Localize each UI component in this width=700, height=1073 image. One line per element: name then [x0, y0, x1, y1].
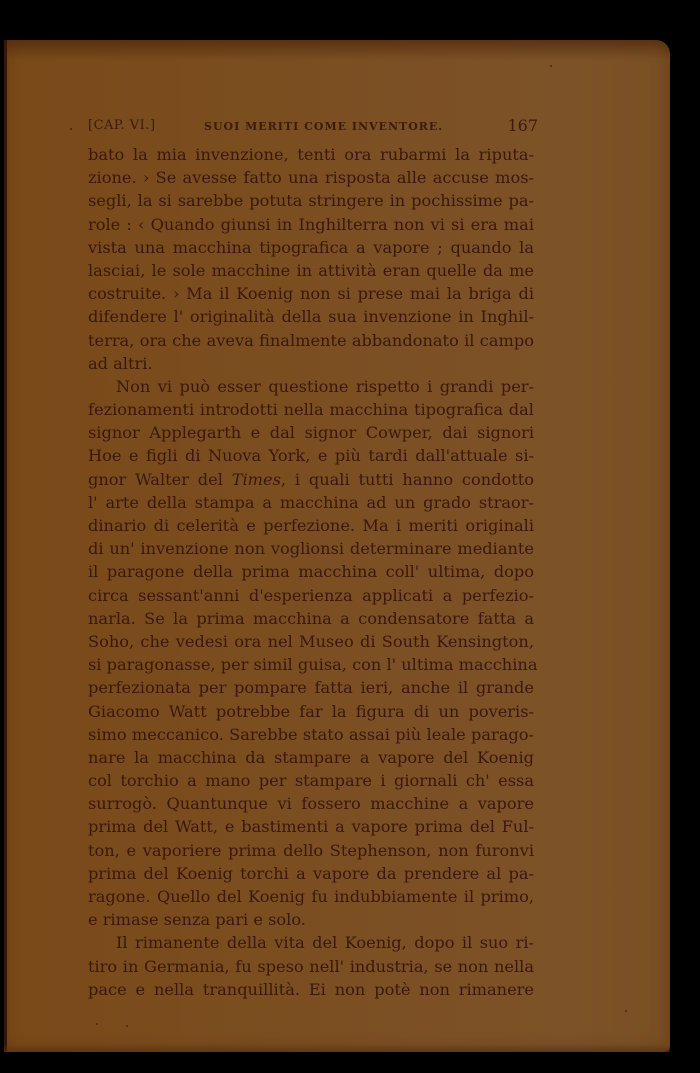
text-line: Giacomo Watt potrebbe far la figura di u… [88, 700, 534, 723]
text-line-with-italic: gnor Walter del Times, i quali tutti han… [88, 468, 534, 491]
text-line: l' arte della stampa a macchina ad un gr… [88, 491, 534, 514]
page-spine-edge [4, 40, 7, 1052]
text-line: costruite. › Ma il Koenig non si prese m… [88, 282, 534, 305]
text-line: ragone. Quello del Koenig fu indubbiamen… [88, 885, 534, 908]
text-line: difendere l' originalità della sua inven… [88, 305, 534, 328]
text-line: vista una macchina tipografica a vapore … [88, 236, 534, 259]
text-line: si paragonasse, per simil guisa, con l' … [88, 653, 534, 676]
page-top-shadow [4, 40, 670, 60]
text-line: prima del Watt, e bastimenti a vapore pr… [88, 815, 534, 838]
text-line: col torchio a mano per stampare i giorna… [88, 769, 534, 792]
paper-speck [96, 1023, 98, 1025]
text-line: segli, la si sarebbe potuta stringere in… [88, 189, 534, 212]
page-number: 167 [507, 116, 538, 135]
text-line: role : ‹ Quando giunsi in Inghilterra no… [88, 213, 534, 236]
text-line: Hoe e figli di Nuova York, e più tardi d… [88, 444, 534, 467]
text-line: prima del Koenig torchi a vapore da pren… [88, 862, 534, 885]
text-line: Non vi può esser questione rispetto i gr… [88, 375, 534, 398]
paragraph-1: bato la mia invenzione, tenti ora rubarm… [88, 143, 534, 375]
text-line: bato la mia invenzione, tenti ora rubarm… [88, 143, 534, 166]
text-line: Il rimanente della vita del Koenig, dopo… [88, 931, 534, 954]
paper-speck [625, 1010, 627, 1012]
text-line: nare la macchina da stampare a vapore de… [88, 746, 534, 769]
text-line: il paragone della prima macchina coll' u… [88, 560, 534, 583]
text-line: narla. Se la prima macchina a condensato… [88, 607, 534, 630]
text-line: tiro in Germania, fu speso nell' industr… [88, 955, 534, 978]
text-line: lasciai, le sole macchine in attività er… [88, 259, 534, 282]
text-line: circa sessant'anni d'esperienza applicat… [88, 584, 534, 607]
text-line: e rimase senza pari e solo. [88, 908, 534, 931]
text-line: ad altri. [88, 352, 534, 375]
italic-word: Times [232, 470, 281, 489]
text-line: surrogò. Quantunque vi fossero macchine … [88, 792, 534, 815]
running-header: [CAP. VI.] SUOI MERITI COME INVENTORE. 1… [88, 116, 538, 138]
text-line: simo meccanico. Sarebbe stato assai più … [88, 723, 534, 746]
body-text: bato la mia invenzione, tenti ora rubarm… [88, 143, 534, 1001]
text-line: perfezionata per pompare fatta ieri, anc… [88, 676, 534, 699]
text-line: dinario di celerità e perfezione. Ma i m… [88, 514, 534, 537]
text-line: di un' invenzione non voglionsi determin… [88, 537, 534, 560]
paragraph-3: Il rimanente della vita del Koenig, dopo… [88, 931, 534, 1001]
margin-speck [70, 128, 72, 130]
paper-speck [550, 65, 552, 67]
text-line: zione. › Se avesse fatto una risposta al… [88, 166, 534, 189]
page-bottom-edge [4, 1044, 670, 1052]
text-line: signor Applegarth e dal signor Cowper, d… [88, 421, 534, 444]
paper-speck [126, 1025, 128, 1027]
chapter-label: [CAP. VI.] [88, 118, 156, 133]
text-line: fezionamenti introdotti nella macchina t… [88, 398, 534, 421]
text-line: ton, e vaporiere prima dello Stephenson,… [88, 839, 534, 862]
running-title: SUOI MERITI COME INVENTORE. [204, 120, 443, 133]
text-line: Soho, che vedesi ora nel Museo di South … [88, 630, 534, 653]
text-line: pace e nella tranquillità. Ei non potè n… [88, 978, 534, 1001]
paragraph-2: Non vi può esser questione rispetto i gr… [88, 375, 534, 932]
text-line: terra, ora che aveva finalmente abbandon… [88, 329, 534, 352]
